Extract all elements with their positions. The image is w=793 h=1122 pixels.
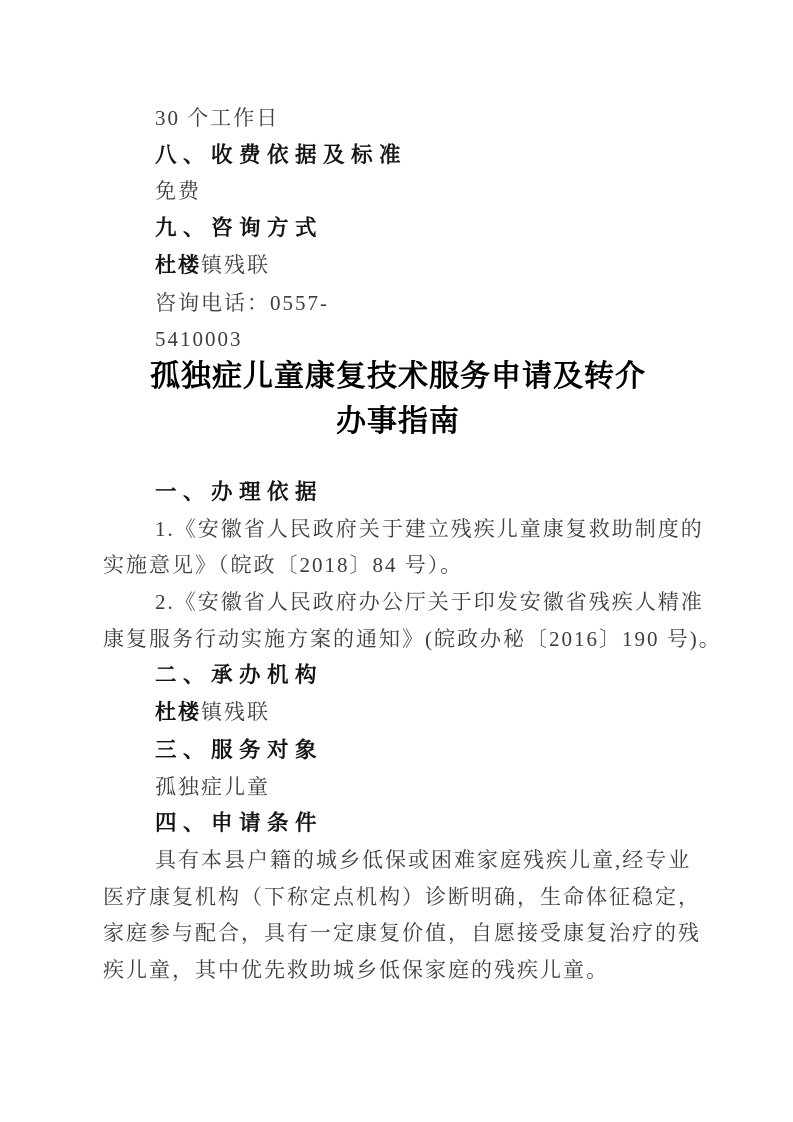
- document-title-line2: 办事指南: [336, 405, 460, 438]
- agency-org-name: 镇残联: [201, 253, 270, 277]
- fee-value-text: 免费: [103, 173, 693, 210]
- agency-org-name-2: 镇残联: [201, 700, 270, 724]
- conditions-line-2: 医疗康复机构（下称定点机构）诊断明确，生命体征稳定，: [103, 879, 693, 916]
- document-title: 孤独症儿童康复技术服务申请及转介办事指南: [103, 354, 693, 444]
- agency-town-name-2: 杜楼: [155, 701, 201, 724]
- section-agency-heading: 二、承办机构: [103, 657, 693, 694]
- basis-item-2-line-1: 2.《安徽省人民政府办公厅关于印发安徽省残疾人精准: [103, 584, 693, 621]
- processing-time-text: 30 个工作日: [103, 100, 693, 137]
- basis-item-1-line-2: 实施意见》（皖政〔2018〕84 号）。: [103, 547, 693, 584]
- document-page: 30 个工作日 八、收费依据及标准 免费 九、咨询方式 杜楼镇残联 咨询电话：0…: [0, 0, 793, 1122]
- document-content: 30 个工作日 八、收费依据及标准 免费 九、咨询方式 杜楼镇残联 咨询电话：0…: [103, 100, 693, 989]
- agency-name-line: 杜楼镇残联: [103, 247, 693, 285]
- agency-town-name: 杜楼: [155, 254, 201, 277]
- section-fee-heading: 八、收费依据及标准: [103, 137, 693, 174]
- basis-item-1-line-1: 1.《安徽省人民政府关于建立残疾儿童康复救助制度的: [103, 511, 693, 548]
- section-basis-heading: 一、办理依据: [103, 474, 693, 511]
- basis-item-2-line-2: 康复服务行动实施方案的通知》(皖政办秘〔2016〕190 号)。: [103, 621, 693, 658]
- phone-number-line: 咨询电话：0557-: [103, 285, 693, 322]
- section-conditions-heading: 四、申请条件: [103, 805, 693, 842]
- phone-number-continuation: 5410003: [103, 321, 693, 358]
- section-consult-heading: 九、咨询方式: [103, 210, 693, 247]
- agency-name-line-2: 杜楼镇残联: [103, 694, 693, 732]
- document-title-line1: 孤独症儿童康复技术服务申请及转介: [150, 360, 646, 393]
- service-target-text: 孤独症儿童: [103, 769, 693, 806]
- conditions-line-3: 家庭参与配合，具有一定康复价值，自愿接受康复治疗的残: [103, 915, 693, 952]
- conditions-line-4: 疾儿童，其中优先救助城乡低保家庭的残疾儿童。: [103, 952, 693, 989]
- section-target-heading: 三、服务对象: [103, 732, 693, 769]
- conditions-line-1: 具有本县户籍的城乡低保或困难家庭残疾儿童,经专业: [103, 842, 693, 879]
